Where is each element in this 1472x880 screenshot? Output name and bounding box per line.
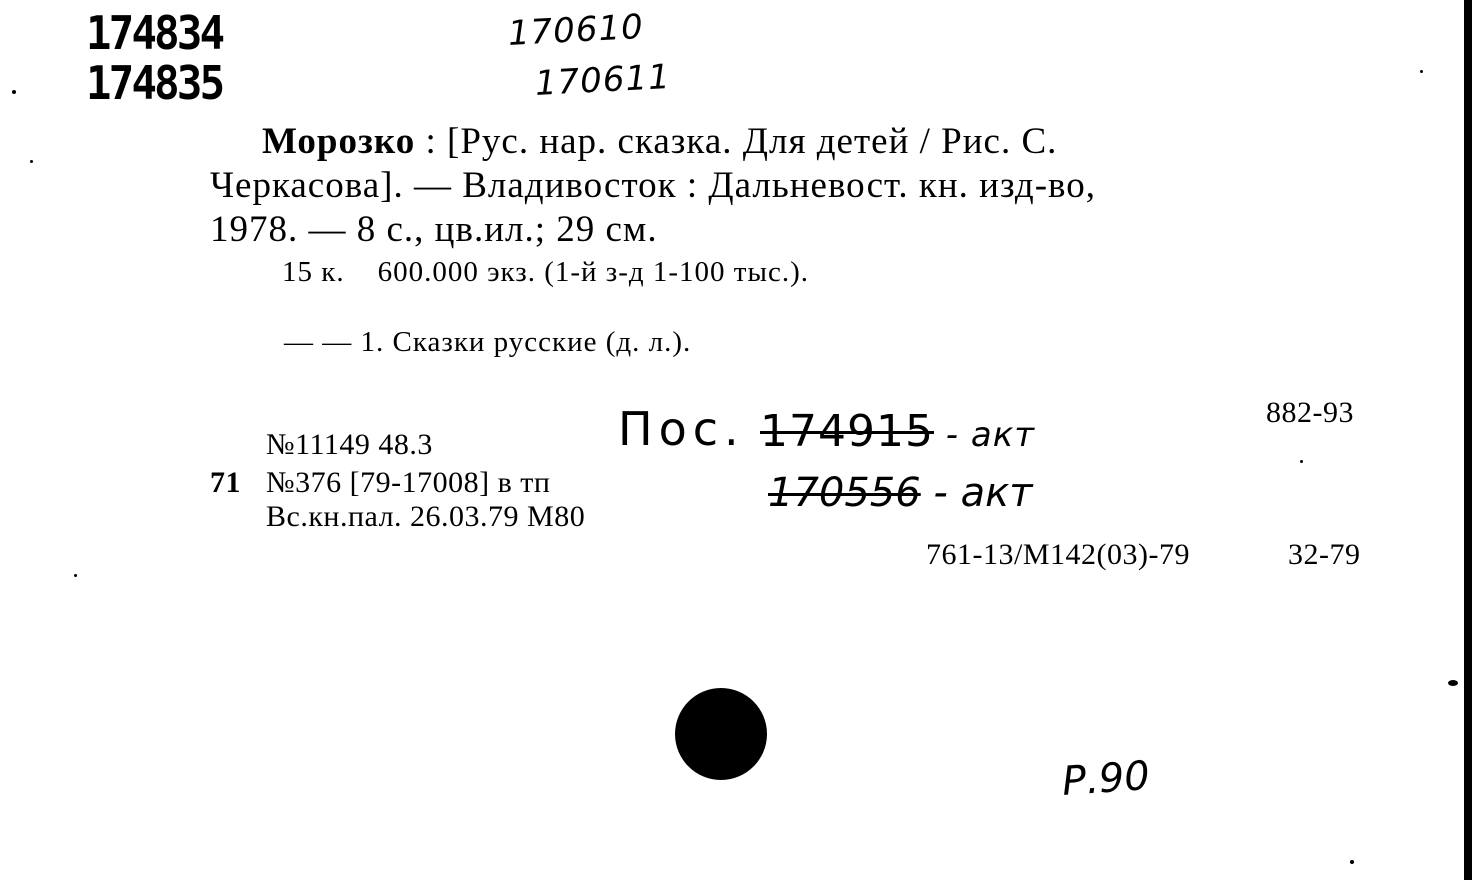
imprint-line-3: Вс.кн.пал. 26.03.79 М80 xyxy=(266,500,585,534)
index-code: 761-13/М142(03)-79 xyxy=(926,538,1190,572)
handwritten-corner-mark: Р.90 xyxy=(1061,753,1152,805)
imprint-line-2: №376 [79-17008] в тп xyxy=(266,466,550,500)
entry-line-1-rest: : [Рус. нар. сказка. Для детей / Рис. С. xyxy=(415,121,1057,162)
scan-speck xyxy=(1350,860,1354,864)
subject-heading-line: — — 1. Сказки русские (д. л.). xyxy=(284,325,691,359)
entry-line-2: Черкасова]. — Владивосток : Дальневост. … xyxy=(210,164,1096,208)
entry-line-3: 1978. — 8 с., цв.ил.; 29 см. xyxy=(210,208,658,252)
handwritten-note-line-1: 174915 - акт xyxy=(760,406,1035,457)
inventory-number-2: 174835 xyxy=(86,60,222,106)
handwritten-inventory-2: 170611 xyxy=(534,57,672,104)
classification-code: 882-93 xyxy=(1266,396,1354,430)
struck-number-1: 174915 xyxy=(760,406,934,457)
handwritten-note-prefix: Пос. xyxy=(618,402,745,456)
punch-hole xyxy=(675,688,767,780)
scan-speck xyxy=(1448,680,1458,686)
scan-speck xyxy=(12,90,16,94)
inventory-number-1: 174834 xyxy=(86,10,222,56)
scan-speck xyxy=(1420,70,1423,73)
scan-speck xyxy=(30,160,33,163)
struck-number-2: 170556 xyxy=(768,470,921,516)
imprint-line-1: №11149 48.3 xyxy=(266,428,433,462)
catalog-card: 174834 174835 170610 170611 Морозко : [Р… xyxy=(0,0,1472,880)
handwritten-inventory-1: 170610 xyxy=(507,7,645,54)
scan-speck xyxy=(1300,460,1303,463)
note-suffix-1: - акт xyxy=(934,415,1035,455)
card-number: 32-79 xyxy=(1288,538,1361,572)
price-circulation-line: 15 к. 600.000 экз. (1-й з-д 1-100 тыс.). xyxy=(282,255,809,289)
note-suffix-2: - акт xyxy=(921,470,1033,516)
handwritten-note-line-2: 170556 - акт xyxy=(768,470,1033,516)
card-edge xyxy=(1464,0,1472,880)
entry-line-1: Морозко : [Рус. нар. сказка. Для детей /… xyxy=(262,120,1057,164)
scan-speck xyxy=(74,574,77,577)
imprint-line-2-prefix: 71 xyxy=(210,466,241,500)
book-title: Морозко xyxy=(262,121,415,162)
